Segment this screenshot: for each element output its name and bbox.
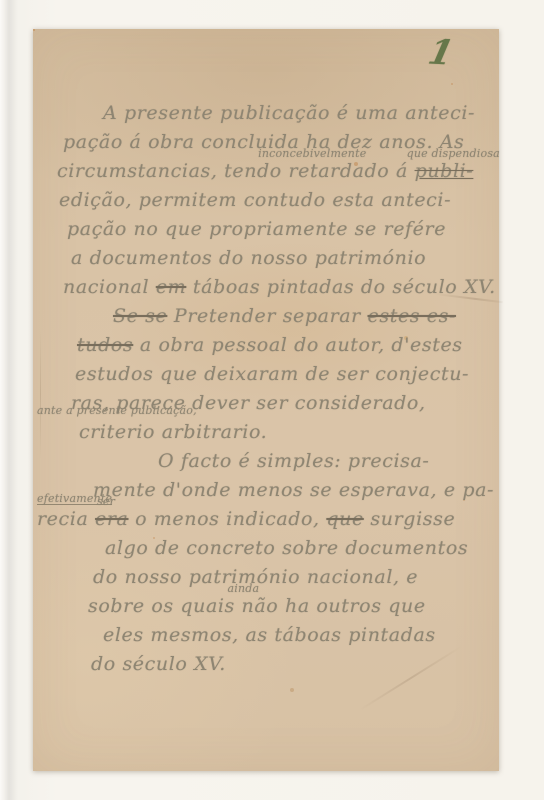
- manuscript-line: a documentos do nosso património: [71, 244, 487, 273]
- handwritten-text: a obra pessoal do autor, d'estes: [133, 334, 462, 356]
- handwritten-text: nacional: [63, 276, 156, 298]
- manuscript-line: tudos a obra pessoal do autor, d'estes: [77, 331, 487, 360]
- interlinear-insertion: ainda: [228, 583, 260, 594]
- manuscript-line: circumstancias, inconcebivelmentetendo r…: [57, 157, 487, 186]
- handwritten-text: recia: [37, 508, 95, 530]
- handwritten-text: táboas pintadas do século XV.: [186, 276, 495, 298]
- handwritten-text: A presente publicação é uma anteci-: [103, 102, 475, 124]
- struck-text: publi-: [415, 160, 474, 182]
- struck-text: em: [156, 276, 186, 298]
- interlinear-insertion: que dispendiosa: [407, 148, 500, 159]
- manuscript-line: sobre os quais aindanão ha outros que: [88, 592, 487, 621]
- handwritten-text: surgisse: [364, 508, 456, 530]
- manuscript-line: algo de concreto sobre documentos: [105, 534, 487, 563]
- handwritten-text: mente d'onde menos se esperava, e pa-: [93, 479, 494, 501]
- struck-text: estes es-: [368, 305, 456, 327]
- manuscript-line: edição, permitem contudo esta anteci-: [59, 186, 487, 215]
- handwritten-text: edição, permitem contudo esta anteci-: [59, 189, 451, 211]
- handwritten-text: á: [389, 160, 414, 182]
- struck-text: Se se: [113, 305, 167, 327]
- struck-text: tudos: [77, 334, 133, 356]
- margin-note: ante a presente publicação,: [37, 405, 197, 416]
- handwritten-text: pação no que propriamente se refére: [67, 218, 446, 240]
- handwritten-text: Pretender separar: [167, 305, 367, 327]
- text-with-insertion: aindanão ha outros que: [242, 595, 426, 617]
- paper-crease: [40, 329, 41, 459]
- manuscript-line: estudos que deixaram de ser conjectu-: [75, 360, 487, 389]
- text-with-insertion: que dispendiosapubli-: [415, 160, 474, 182]
- manuscript-page: 1 A presente publicação é uma anteci-paç…: [33, 29, 499, 771]
- manuscript-text: A presente publicação é uma anteci-pação…: [63, 99, 487, 679]
- handwritten-text: circumstancias,: [57, 160, 224, 182]
- manuscript-line: nacional em táboas pintadas do século XV…: [63, 273, 487, 302]
- handwritten-text: criterio arbitrario.: [79, 421, 267, 443]
- manuscript-line: O facto é simples: precisa-: [158, 447, 487, 476]
- page-number: 1: [425, 32, 458, 73]
- handwritten-text: O facto é simples: precisa-: [158, 450, 429, 472]
- manuscript-line: efetivamenterecia serera o menos indicad…: [37, 505, 487, 534]
- struck-text: que: [326, 508, 363, 530]
- handwritten-text: do século XV.: [91, 653, 226, 675]
- scanned-document: 1 A presente publicação é uma anteci-paç…: [0, 0, 544, 800]
- handwritten-text: o menos indicado,: [128, 508, 326, 530]
- manuscript-line: eles mesmos, as táboas pintadas: [103, 621, 487, 650]
- text-with-insertion: inconcebivelmentetendo retardado: [224, 160, 389, 182]
- struck-text: era: [95, 508, 128, 530]
- interlinear-insertion: ser: [97, 496, 115, 507]
- manuscript-line: ante a presente publicação,criterio arbi…: [79, 418, 487, 447]
- manuscript-line: do nosso património nacional, e: [93, 563, 487, 592]
- handwritten-text: algo de concreto sobre documentos: [105, 537, 468, 559]
- handwritten-text: eles mesmos, as táboas pintadas: [103, 624, 436, 646]
- handwritten-text: não ha outros que: [242, 595, 426, 617]
- manuscript-line: do século XV.: [91, 650, 487, 679]
- handwritten-text: tendo retardado: [224, 160, 389, 182]
- handwritten-text: estudos que deixaram de ser conjectu-: [75, 363, 469, 385]
- manuscript-line: pação no que propriamente se refére: [67, 215, 487, 244]
- manuscript-line: mente d'onde menos se esperava, e pa-: [93, 476, 487, 505]
- manuscript-line: A presente publicação é uma anteci-: [103, 99, 487, 128]
- handwritten-text: sobre os quais: [88, 595, 242, 617]
- paper-speckles: [33, 29, 35, 31]
- interlinear-insertion: inconcebivelmente: [258, 148, 366, 159]
- text-with-insertion: serera: [95, 508, 128, 530]
- manuscript-line: Se se Pretender separar estes es-: [113, 302, 487, 331]
- handwritten-text: a documentos do nosso património: [71, 247, 426, 269]
